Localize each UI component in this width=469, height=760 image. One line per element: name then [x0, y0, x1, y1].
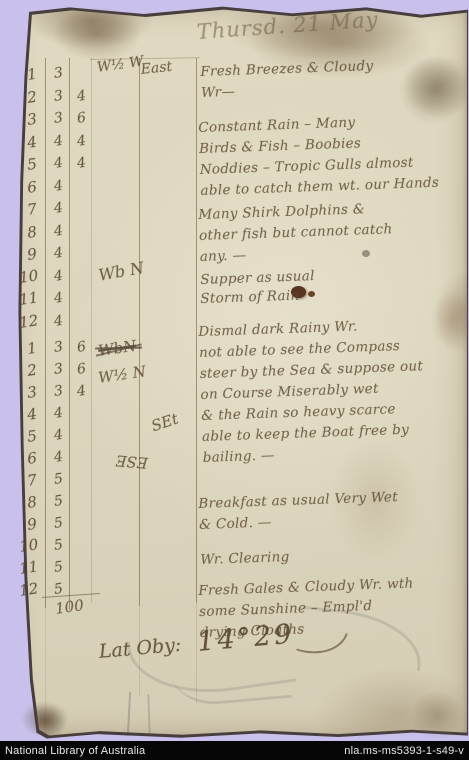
- log-knots-cell: 3: [53, 65, 64, 82]
- log-hour-cell: 8: [26, 493, 38, 512]
- log-hour-cell: 10: [18, 535, 39, 555]
- latitude-label: Lat Oby:: [98, 634, 182, 663]
- log-hour-cell: 6: [26, 177, 38, 196]
- scan-viewer-frame: Thursd. 21 May 100 Lat Oby: 14°29 132343…: [0, 0, 469, 760]
- log-knots-cell: 3: [53, 383, 64, 400]
- log-knots-cell: 5: [53, 515, 64, 532]
- remark-block: Wr. Clearing: [200, 547, 290, 571]
- pencil-stroke: [147, 694, 150, 734]
- log-hour-cell: 5: [26, 427, 38, 446]
- log-hour-cell: 3: [26, 383, 38, 402]
- log-hour-cell: 11: [18, 557, 39, 577]
- table-rule-vertical: [91, 58, 92, 603]
- log-hour-cell: 2: [26, 361, 38, 380]
- stain-top-left: [52, 6, 142, 61]
- remark-block: Dismal dark Rainy Wr.not able to see the…: [198, 314, 426, 469]
- course-entry: ESE: [115, 451, 149, 472]
- course-entry: W½ W: [96, 53, 145, 75]
- log-hour-cell: 6: [26, 449, 38, 468]
- log-fathoms-cell: 4: [76, 155, 87, 172]
- log-hour-cell: 12: [18, 579, 39, 599]
- log-knots-cell: 4: [53, 177, 64, 194]
- log-knots-cell: 4: [53, 155, 64, 172]
- log-knots-cell: 5: [53, 537, 64, 554]
- log-knots-cell: 3: [53, 339, 64, 356]
- log-hour-cell: 1: [26, 339, 38, 358]
- remark-block: Fresh Breezes & CloudyWr—: [200, 56, 374, 104]
- course-entry: SEt: [149, 410, 180, 436]
- log-hour-cell: 2: [26, 87, 38, 106]
- log-knots-cell: 5: [53, 581, 64, 598]
- log-knots-cell: 4: [53, 267, 64, 284]
- log-hour-cell: 7: [26, 471, 38, 490]
- table-rule-vertical: [139, 58, 140, 606]
- log-fathoms-cell: 6: [76, 110, 87, 127]
- remark-line: Storm of Rain: [200, 286, 300, 310]
- log-knots-cell: 4: [53, 222, 64, 239]
- knots-total: 100: [54, 596, 85, 618]
- log-hour-cell: 4: [26, 405, 38, 424]
- log-hour-cell: 4: [26, 132, 38, 151]
- log-knots-cell: 4: [53, 132, 64, 149]
- log-knots-cell: 4: [53, 312, 64, 329]
- log-hour-cell: 11: [18, 288, 39, 308]
- table-rule-vertical: [45, 58, 46, 608]
- stain-right-mid: [430, 290, 469, 350]
- log-fathoms-cell: 4: [76, 87, 87, 104]
- remark-block: Fresh Gales & Cloudy Wr. wthsome Sunshin…: [198, 573, 415, 643]
- log-fathoms-cell: 4: [76, 383, 87, 400]
- remark-block: Breakfast as usual Very Wet& Cold. —: [198, 487, 399, 536]
- log-hour-cell: 5: [26, 155, 38, 174]
- log-knots-cell: 5: [53, 471, 64, 488]
- log-knots-cell: 3: [53, 361, 64, 378]
- log-hour-cell: 9: [26, 245, 38, 264]
- log-knots-cell: 5: [53, 559, 64, 576]
- log-knots-cell: 4: [53, 449, 64, 466]
- table-rule-vertical: [69, 58, 70, 610]
- log-fathoms-cell: 6: [76, 339, 87, 356]
- table-rule-vertical-faint: [196, 603, 197, 703]
- table-rule-vertical-faint: [45, 608, 46, 733]
- library-caption-bar: National Library of Australia nla.ms-ms5…: [0, 741, 469, 760]
- log-knots-cell: 5: [53, 493, 64, 510]
- log-hour-cell: 10: [18, 266, 39, 286]
- library-name-label: National Library of Australia: [5, 745, 145, 757]
- manuscript-content-layer: Thursd. 21 May 100 Lat Oby: 14°29 132343…: [0, 0, 469, 760]
- log-knots-cell: 4: [53, 290, 64, 307]
- log-knots-cell: 4: [53, 405, 64, 422]
- log-knots-cell: 3: [53, 110, 64, 127]
- pencil-ghost-mark: [168, 650, 292, 708]
- remark-line: Wr. Clearing: [200, 547, 290, 571]
- remark-block: Storm of Rain: [200, 286, 300, 310]
- log-hour-cell: 12: [18, 311, 39, 331]
- course-entry-crossed-out: WbN: [97, 337, 137, 360]
- course-entry: East: [140, 59, 173, 78]
- stain-bottom-right: [410, 690, 465, 740]
- log-knots-cell: 4: [53, 427, 64, 444]
- log-date-heading: Thursd. 21 May: [196, 7, 379, 44]
- log-hour-cell: 9: [26, 515, 38, 534]
- remark-block: Many Shirk Dolphins &other fish but cann…: [198, 198, 394, 268]
- log-hour-cell: 7: [26, 200, 38, 219]
- log-hour-cell: 1: [26, 65, 38, 84]
- log-knots-cell: 3: [53, 87, 64, 104]
- log-hour-cell: 3: [26, 110, 38, 129]
- remark-block: Constant Rain – ManyBirds & Fish – Boobi…: [198, 110, 440, 202]
- manuscript-id-label: nla.ms-ms5393-1-s49-v: [344, 745, 464, 757]
- table-rule-vertical: [196, 58, 197, 603]
- log-fathoms-cell: 4: [76, 132, 87, 149]
- log-fathoms-cell: 6: [76, 361, 87, 378]
- pencil-stroke: [127, 692, 131, 736]
- log-knots-cell: 4: [53, 200, 64, 217]
- ink-blot-small: [308, 291, 315, 297]
- log-hour-cell: 8: [26, 222, 38, 241]
- log-knots-cell: 4: [53, 245, 64, 262]
